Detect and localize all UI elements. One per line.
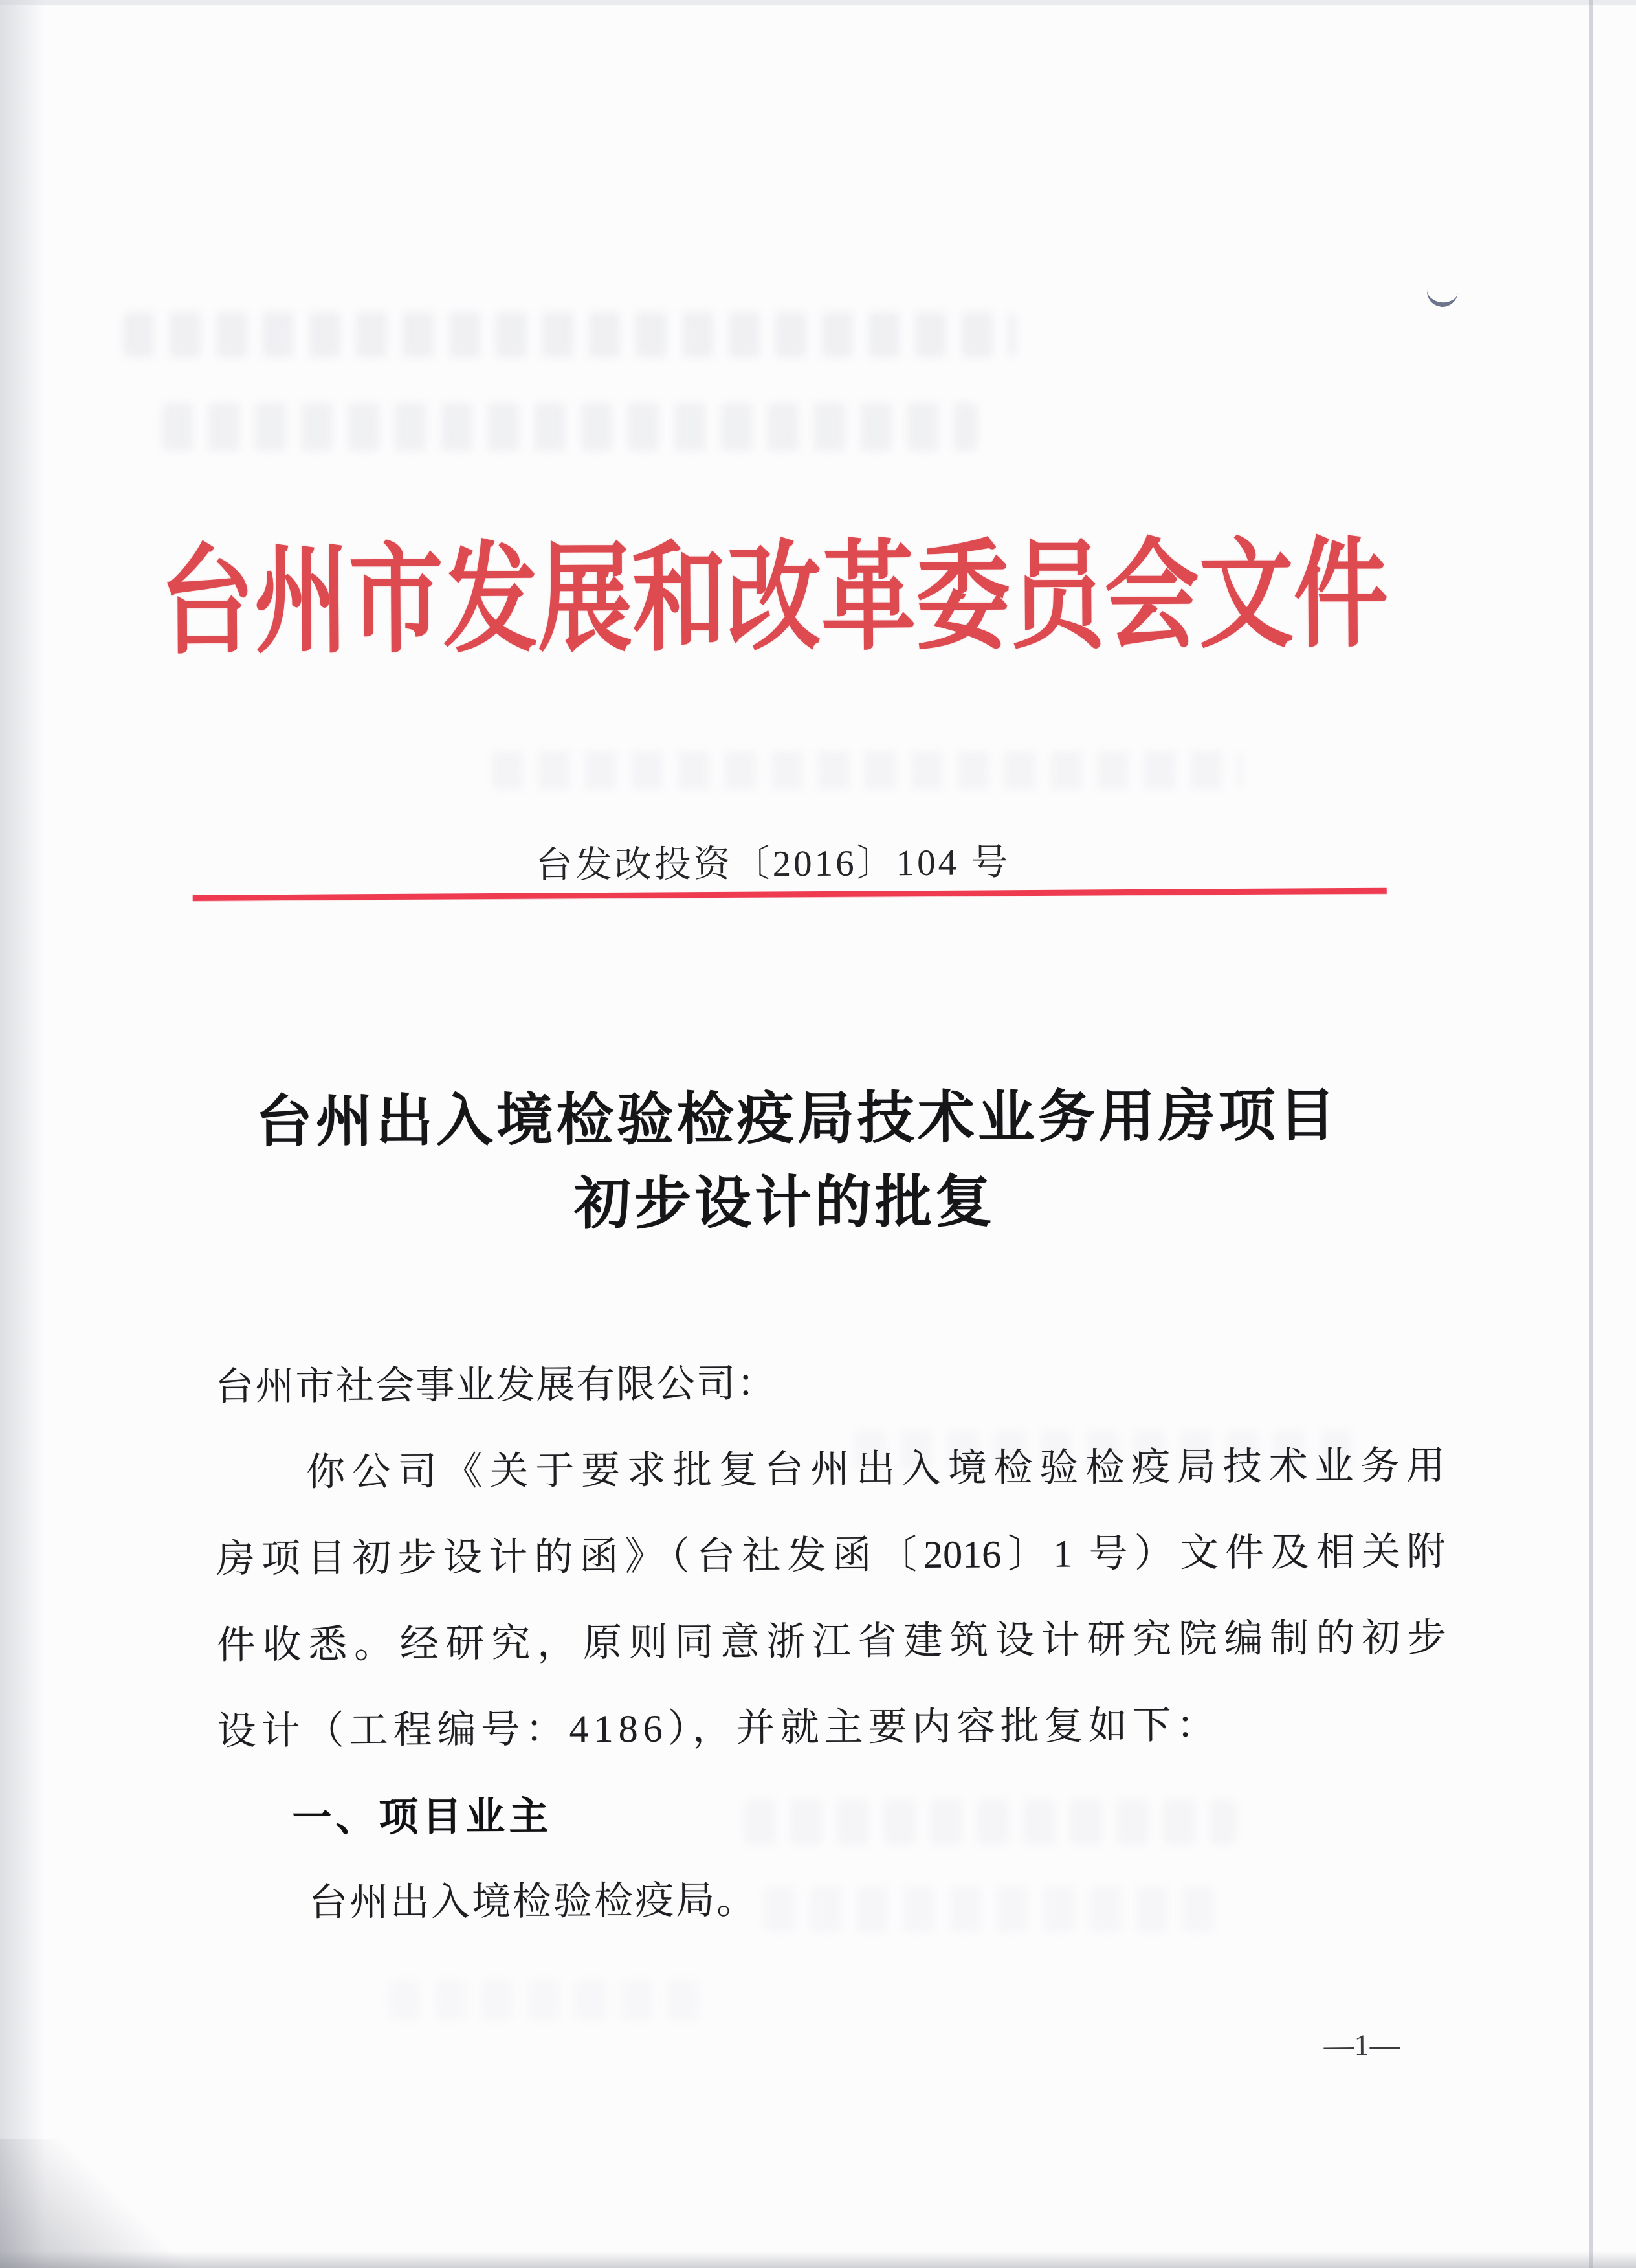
body-line: 件收悉。经研究，原则同意浙江省建筑设计研究院编制的初步 <box>217 1616 1446 1668</box>
red-separator-line <box>193 888 1387 901</box>
document-page: 台州市发展和改革委员会文件 台发改投资〔2016〕104 号 台州出入境检验检疫… <box>0 0 1636 2268</box>
salutation: 台州市社会事业发展有限公司： <box>215 1357 1444 1410</box>
agency-letterhead-title: 台州市发展和改革委员会文件 <box>159 536 1388 663</box>
section-heading: 一、项目业主 <box>292 1794 552 1841</box>
section-text: 台州出入境检验检疫局。 <box>309 1873 1538 1926</box>
document-content: 台州市发展和改革委员会文件 台发改投资〔2016〕104 号 台州出入境检验检疫… <box>0 0 1636 2268</box>
body-line: 你公司《关于要求批复台州出入境检验检疫局技术业务用 <box>216 1443 1445 1496</box>
body-line: 房项目初步设计的函》（台社发函〔2016〕1 号）文件及相关附 <box>216 1529 1446 1582</box>
subject-title-line1: 台州出入境检验检疫局技术业务用房项目 <box>256 1088 1340 1151</box>
page-number: —1— <box>1323 2028 1400 2063</box>
document-reference-number: 台发改投资〔2016〕104 号 <box>535 832 1010 888</box>
subject-title-line2: 初步设计的批复 <box>574 1174 996 1234</box>
body-line: 设计（工程编号：4186），并就主要内容批复如下： <box>217 1702 1446 1754</box>
